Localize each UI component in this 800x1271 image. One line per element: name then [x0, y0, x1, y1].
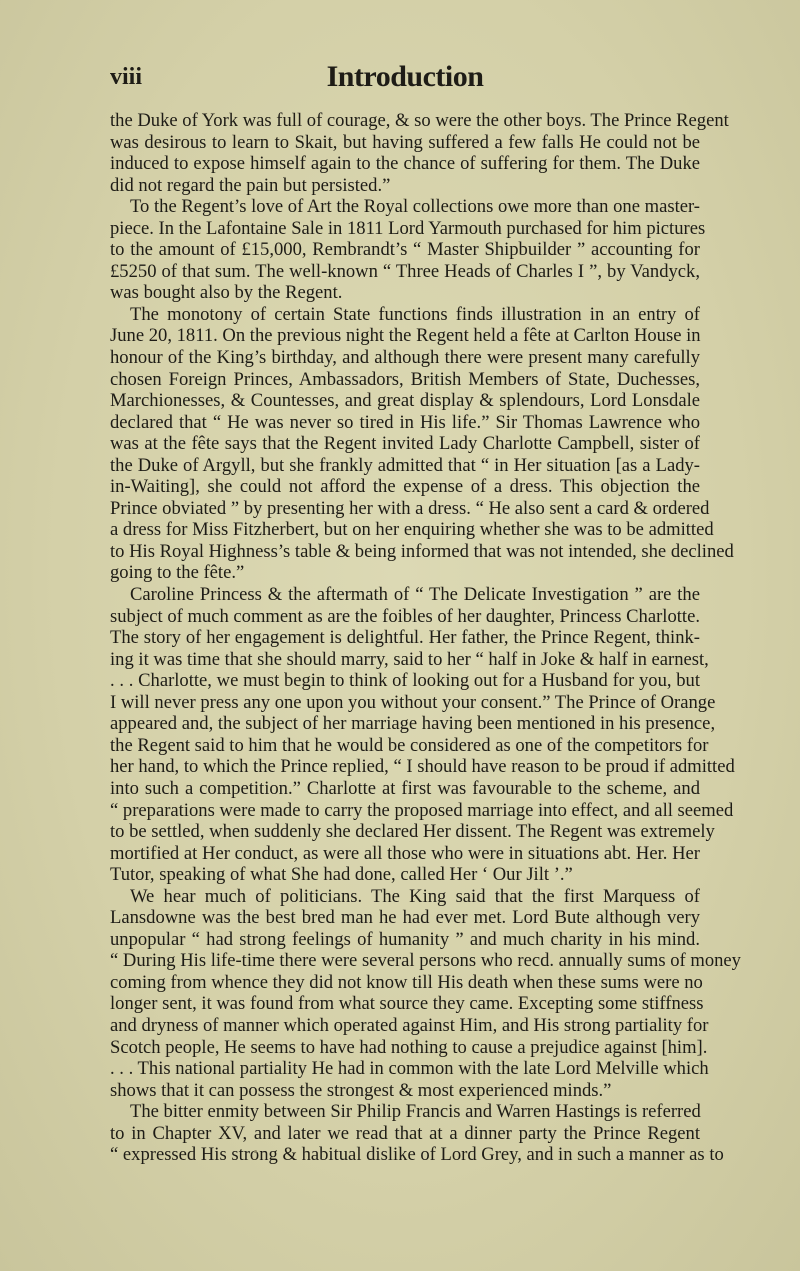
text-line: “ expressed His strong & habitual dislik…	[110, 1144, 700, 1166]
text-line: We hear much of politicians. The King sa…	[110, 886, 700, 908]
text-line: declared that “ He was never so tired in…	[110, 412, 700, 434]
text-line: “ preparations were made to carry the pr…	[110, 800, 700, 822]
text-line: to His Royal Highness’s table & being in…	[110, 541, 700, 563]
text-line: The bitter enmity between Sir Philip Fra…	[110, 1101, 700, 1123]
text-line: induced to expose himself again to the c…	[110, 153, 700, 175]
text-line: subject of much comment as are the foibl…	[110, 606, 700, 628]
page-header: viii Introduction	[110, 60, 700, 100]
text-line: To the Regent’s love of Art the Royal co…	[110, 196, 700, 218]
text-line: The monotony of certain State functions …	[110, 304, 700, 326]
text-line: was desirous to learn to Skait, but havi…	[110, 132, 700, 154]
text-line: a dress for Miss Fitzherbert, but on her…	[110, 519, 700, 541]
text-line: and dryness of manner which operated aga…	[110, 1015, 700, 1037]
text-line: did not regard the pain but persisted.”	[110, 175, 700, 197]
text-line: going to the fête.”	[110, 562, 700, 584]
text-line: coming from whence they did not know til…	[110, 972, 700, 994]
text-line: Tutor, speaking of what She had done, ca…	[110, 864, 700, 886]
text-line: Lansdowne was the best bred man he had e…	[110, 907, 700, 929]
text-line: her hand, to which the Prince replied, “…	[110, 756, 700, 778]
text-line: into such a competition.” Charlotte at f…	[110, 778, 700, 800]
text-line: the Duke of Argyll, but she frankly admi…	[110, 455, 700, 477]
text-line: appeared and, the subject of her marriag…	[110, 713, 700, 735]
text-line: the Duke of York was full of courage, & …	[110, 110, 700, 132]
text-line: to the amount of £15,000, Rembrandt’s “ …	[110, 239, 700, 261]
text-line: chosen Foreign Princes, Ambassadors, Bri…	[110, 369, 700, 391]
text-line: . . . This national partiality He had in…	[110, 1058, 700, 1080]
text-line: honour of the King’s birthday, and altho…	[110, 347, 700, 369]
text-line: to in Chapter XV, and later we read that…	[110, 1123, 700, 1145]
text-line: unpopular “ had strong feelings of human…	[110, 929, 700, 951]
text-line: June 20, 1811. On the previous night the…	[110, 325, 700, 347]
text-line: Caroline Princess & the aftermath of “ T…	[110, 584, 700, 606]
text-line: Scotch people, He seems to have had noth…	[110, 1037, 700, 1059]
text-line: longer sent, it was found from what sour…	[110, 993, 700, 1015]
text-line: ing it was time that she should marry, s…	[110, 649, 700, 671]
text-line: piece. In the Lafontaine Sale in 1811 Lo…	[110, 218, 700, 240]
text-line: in-Waiting], she could not afford the ex…	[110, 476, 700, 498]
body-text: the Duke of York was full of courage, & …	[110, 110, 700, 1166]
text-line: to be settled, when suddenly she declare…	[110, 821, 700, 843]
text-line: mortified at Her conduct, as were all th…	[110, 843, 700, 865]
text-line: shows that it can possess the strongest …	[110, 1080, 700, 1102]
running-title: Introduction	[110, 60, 700, 94]
text-line: the Regent said to him that he would be …	[110, 735, 700, 757]
text-line: was bought also by the Regent.	[110, 282, 700, 304]
text-line: Prince obviated ” by presenting her with…	[110, 498, 700, 520]
text-line: “ During His life-time there were severa…	[110, 950, 700, 972]
paper-speck	[254, 1150, 257, 1153]
text-line: . . . Charlotte, we must begin to think …	[110, 670, 700, 692]
text-line: I will never press any one upon you with…	[110, 692, 700, 714]
text-line: £5250 of that sum. The well-known “ Thre…	[110, 261, 700, 283]
text-line: was at the fête says that the Regent inv…	[110, 433, 700, 455]
text-line: Marchionesses, & Countesses, and great d…	[110, 390, 700, 412]
text-line: The story of her engagement is delightfu…	[110, 627, 700, 649]
